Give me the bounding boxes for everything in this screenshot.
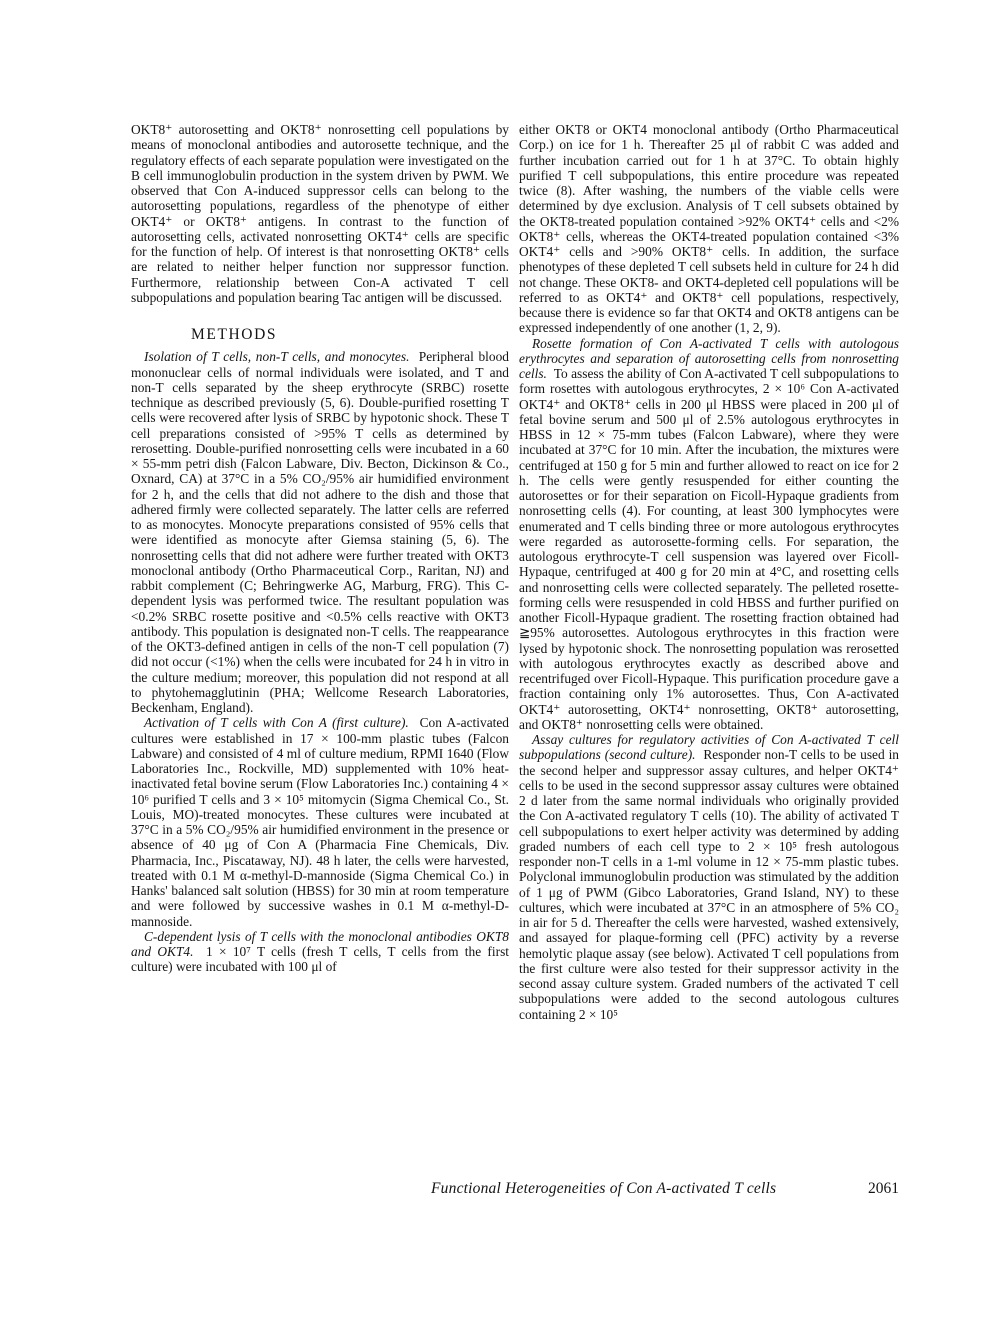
running-title: Functional Heterogeneities of Con A-acti… xyxy=(425,1180,776,1198)
right-column: either OKT8 or OKT4 monoclonal antibody … xyxy=(519,122,899,1022)
intro-paragraph: OKT8⁺ autorosetting and OKT8⁺ nonrosetti… xyxy=(131,122,509,305)
subsection-body: To assess the ability of Con A-activated… xyxy=(519,366,899,732)
subsection-isolation: Isolation of T cells, non-T cells, and m… xyxy=(131,349,509,715)
subsection-c-dependent-lysis: C-dependent lysis of T cells with the mo… xyxy=(131,929,509,975)
subsection-assay-cultures: Assay cultures for regulatory activities… xyxy=(519,732,899,1022)
subsection-title: Activation of T cells with Con A (first … xyxy=(144,715,409,730)
subsection-body: Peripheral blood mononuclear cells of no… xyxy=(131,349,509,715)
left-column: OKT8⁺ autorosetting and OKT8⁺ nonrosetti… xyxy=(131,122,509,975)
subsection-body: Con A-activated cultures were establishe… xyxy=(131,715,509,928)
subsection-body: Responder non-T cells to be used in the … xyxy=(519,747,899,1021)
continuation-paragraph: either OKT8 or OKT4 monoclonal antibody … xyxy=(519,122,899,336)
methods-heading: METHODS xyxy=(131,327,509,342)
page-footer: Functional Heterogeneities of Con A-acti… xyxy=(425,1180,899,1198)
subsection-rosette-formation: Rosette formation of Con A-activated T c… xyxy=(519,336,899,733)
subsection-activation: Activation of T cells with Con A (first … xyxy=(131,715,509,929)
page-number: 2061 xyxy=(868,1180,899,1198)
subsection-title: Isolation of T cells, non-T cells, and m… xyxy=(144,349,409,364)
